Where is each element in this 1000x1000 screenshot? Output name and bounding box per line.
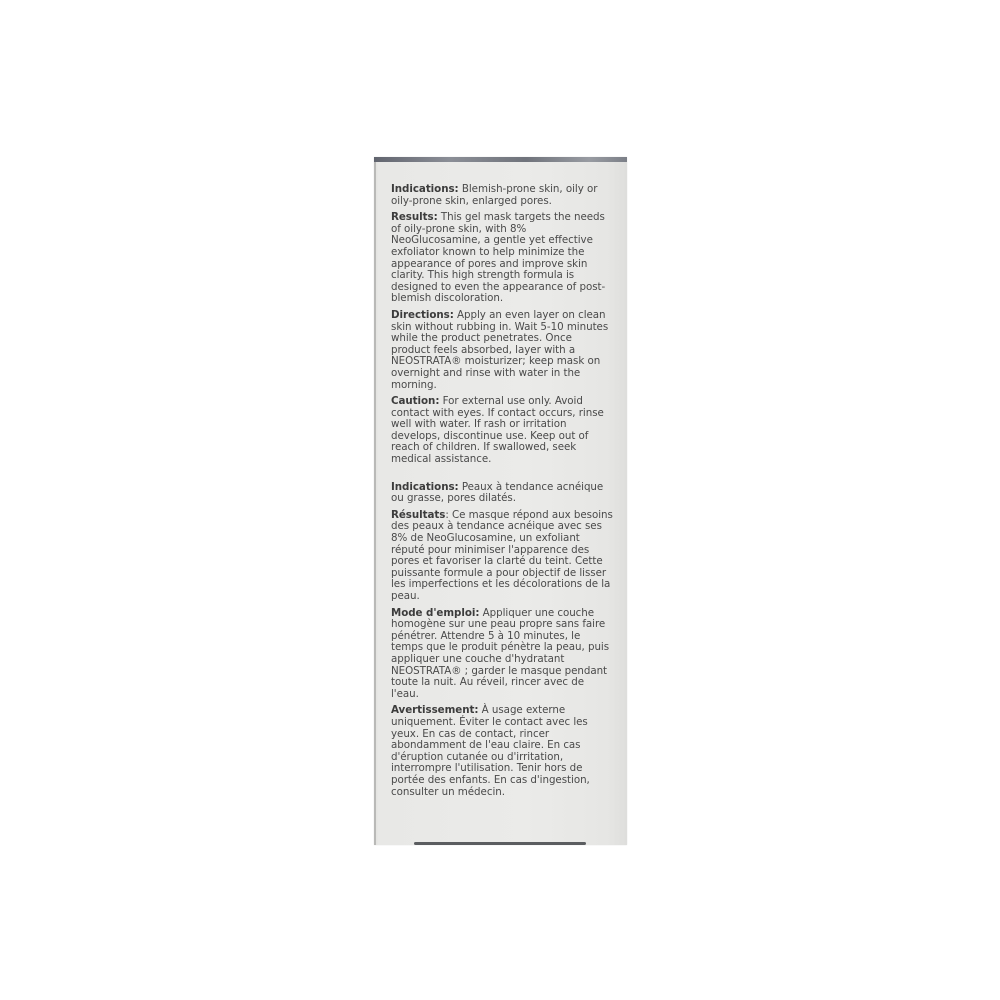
- en-caution: Caution: For external use only. Avoid co…: [391, 396, 613, 466]
- en-directions-text: Apply an even layer on clean skin withou…: [391, 309, 608, 391]
- en-caution-label: Caution:: [391, 395, 439, 407]
- fr-indications-label: Indications:: [391, 481, 459, 493]
- fr-results-label: Résultats: [391, 509, 445, 521]
- fr-caution-text: À usage externe uniquement. Éviter le co…: [391, 704, 590, 797]
- en-indications-label: Indications:: [391, 183, 459, 195]
- en-results-label: Results:: [391, 211, 438, 223]
- fr-directions-label: Mode d'emploi:: [391, 607, 479, 619]
- en-results-text: This gel mask targets the needs of oily-…: [391, 211, 605, 304]
- fr-caution: Avertissement: À usage externe uniquemen…: [391, 705, 613, 798]
- box-top-edge: [374, 157, 627, 162]
- en-indications: Indications: Blemish-prone skin, oily or…: [391, 184, 613, 207]
- en-directions: Directions: Apply an even layer on clean…: [391, 310, 613, 391]
- label-text-block: Indications: Blemish-prone skin, oily or…: [391, 184, 613, 803]
- en-directions-label: Directions:: [391, 309, 454, 321]
- en-results: Results: This gel mask targets the needs…: [391, 212, 613, 305]
- fr-results: Résultats: Ce masque répond aux besoins …: [391, 510, 613, 603]
- fr-indications: Indications: Peaux à tendance acnéique o…: [391, 482, 613, 505]
- box-bottom-edge: [414, 842, 586, 845]
- fr-results-text: : Ce masque répond aux besoins des peaux…: [391, 509, 613, 602]
- fr-directions: Mode d'emploi: Appliquer une couche homo…: [391, 608, 613, 701]
- fr-caution-label: Avertissement:: [391, 704, 478, 716]
- product-box-side-panel: Indications: Blemish-prone skin, oily or…: [374, 157, 627, 845]
- box-left-edge: [374, 162, 376, 845]
- fr-directions-text: Appliquer une couche homogène sur une pe…: [391, 607, 609, 700]
